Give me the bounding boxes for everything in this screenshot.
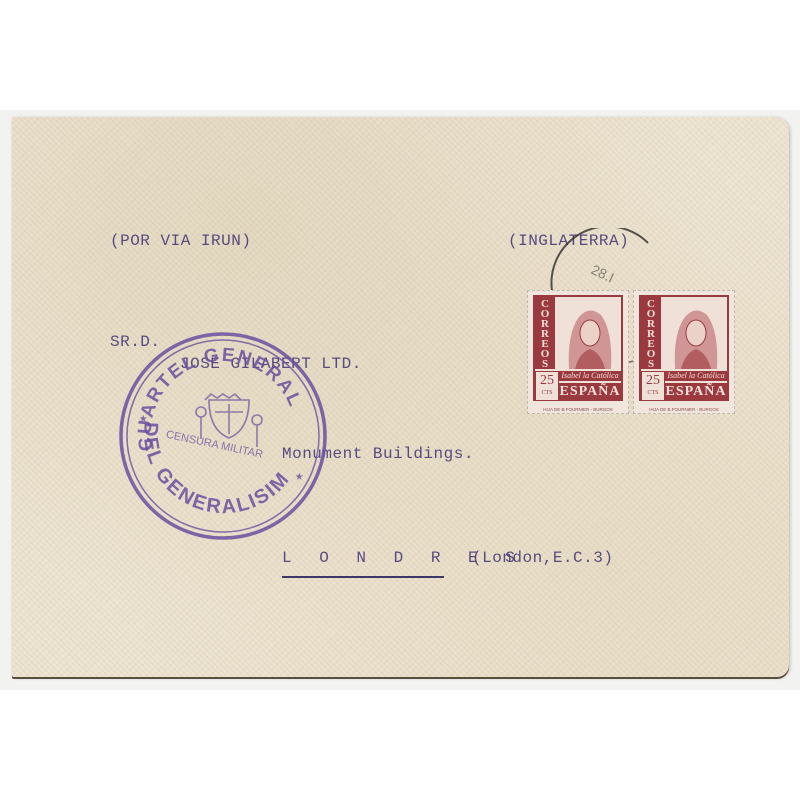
stamp-country: ESPAÑA bbox=[559, 383, 621, 401]
stamp-country: ESPAÑA bbox=[665, 383, 727, 401]
queen-portrait-icon bbox=[561, 303, 617, 369]
stamp-caption: Isabel la Católica bbox=[665, 371, 727, 381]
stamp-pair: CORREOS 25CTS Isabel la Católica ESPAÑA … bbox=[527, 290, 733, 412]
censor-cachet: CUARTEL GENERAL DEL GENERALISIMO ★ ★ CEN… bbox=[117, 330, 329, 542]
stamp-side-text: CORREOS bbox=[535, 297, 555, 369]
stamp-value: 25CTS bbox=[535, 371, 559, 401]
city-note: (London,E.C.3) bbox=[472, 549, 613, 567]
postage-stamp: CORREOS 25CTS Isabel la Católica ESPAÑA … bbox=[633, 290, 735, 414]
censor-text-inner: CENSURA MILITAR bbox=[165, 429, 264, 461]
stamp-side-text: CORREOS bbox=[641, 297, 661, 369]
postmark-date: 28.I bbox=[589, 261, 617, 285]
stamp-printer: HIJA DE B.FOURNIER - BURGOS bbox=[528, 407, 628, 412]
routing-note: (POR VIA IRUN) bbox=[110, 232, 251, 250]
queen-portrait-icon bbox=[667, 303, 723, 369]
city-underline bbox=[282, 576, 444, 578]
star-icon: ★ bbox=[295, 469, 304, 485]
stamp-caption: Isabel la Católica bbox=[559, 371, 621, 381]
star-icon: ★ bbox=[139, 411, 148, 427]
stamp-value: 25CTS bbox=[641, 371, 665, 401]
stamp-printer: HIJA DE B.FOURNIER - BURGOS bbox=[634, 407, 734, 412]
postage-stamp: CORREOS 25CTS Isabel la Católica ESPAÑA … bbox=[527, 290, 629, 414]
